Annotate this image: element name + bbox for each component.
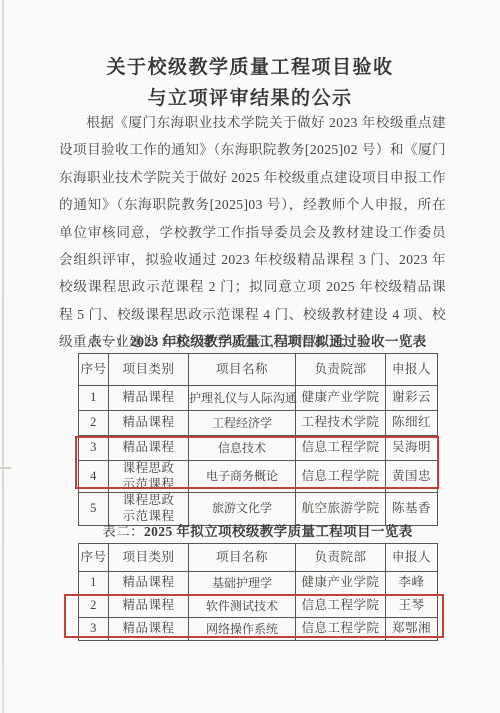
cell-category: 精品课程: [109, 572, 189, 595]
table2-caption-prefix: 表二：: [102, 524, 144, 539]
table-row-highlighted: 3 精品课程 网络操作系统 信息工程学院 郑鄂湘: [79, 618, 438, 641]
cell-applicant: 李峰: [386, 572, 438, 595]
table1-header-applicant: 申报人: [386, 354, 438, 386]
cell-category: 精品课程: [109, 618, 189, 641]
table1-caption-title: 2023 年校级教学质量工程项目拟通过验收一览表: [130, 334, 426, 349]
cell-project: 工程经济学: [189, 411, 296, 436]
table-row-highlighted: 3 精品课程 信息技术 信息工程学院 吴海明: [79, 436, 438, 461]
table1-header-seq: 序号: [79, 354, 109, 386]
table2-header-category: 项目类别: [109, 544, 189, 572]
table2-header-applicant: 申报人: [386, 544, 438, 572]
table1-header-project: 项目名称: [189, 354, 296, 386]
cell-seq: 3: [79, 618, 109, 641]
cell-applicant: 黄国忠: [386, 461, 438, 493]
cell-seq: 2: [79, 595, 109, 618]
table2-header-department: 负责院部: [296, 544, 386, 572]
cell-seq: 1: [79, 386, 109, 411]
cell-applicant: 陈细红: [386, 411, 438, 436]
cell-seq: 2: [79, 411, 109, 436]
cell-category: 课程思政示范课程: [109, 461, 189, 493]
cell-department: 信息工程学院: [296, 618, 386, 641]
cell-applicant: 吴海明: [386, 436, 438, 461]
cell-category: 精品课程: [109, 386, 189, 411]
cell-department: 工程技术学院: [296, 411, 386, 436]
table2-caption: 表二：2025 年拟立项校级教学质量工程项目一览表: [70, 520, 445, 540]
cell-category: 精品课程: [109, 411, 189, 436]
table2-approval-2025: 序号 项目类别 项目名称 负责院部 申报人 1 精品课程 基础护理学 健康产业学…: [78, 543, 438, 641]
cell-department: 信息工程学院: [296, 595, 386, 618]
cell-project: 电子商务概论: [189, 461, 296, 493]
table2-header-project: 项目名称: [189, 544, 296, 572]
cell-category: 精品课程: [109, 595, 189, 618]
cell-applicant: 郑鄂湘: [386, 618, 438, 641]
cell-project: 信息技术: [189, 436, 296, 461]
table2-caption-title: 2025 年拟立项校级教学质量工程项目一览表: [144, 524, 413, 539]
cell-department: 信息工程学院: [296, 461, 386, 493]
cell-project: 软件测试技术: [189, 595, 296, 618]
table1-header-department: 负责院部: [296, 354, 386, 386]
cell-department: 健康产业学院: [296, 572, 386, 595]
table1-header-category: 项目类别: [109, 354, 189, 386]
cell-project: 网络操作系统: [189, 618, 296, 641]
document-title: 关于校级教学质量工程项目验收 与立项评审结果的公示: [0, 52, 500, 114]
cell-department: 信息工程学院: [296, 436, 386, 461]
table-row: 1 精品课程 基础护理学 健康产业学院 李峰: [79, 572, 438, 595]
cell-seq: 4: [79, 461, 109, 493]
table1-caption: 表一：2023 年校级教学质量工程项目拟通过验收一览表: [70, 330, 445, 350]
table1-caption-prefix: 表一：: [88, 334, 130, 349]
table1-acceptance-2023: 序号 项目类别 项目名称 负责院部 申报人 1 精品课程 护理礼仪与人际沟通 健…: [78, 353, 438, 526]
table-row: 2 精品课程 工程经济学 工程技术学院 陈细红: [79, 411, 438, 436]
scan-mark-artifact: [0, 467, 11, 469]
body-paragraph: 根据《厦门东海职业技术学院关于做好 2023 年校级重点建设项目验收工作的通知》…: [59, 109, 446, 356]
cell-applicant: 王琴: [386, 595, 438, 618]
table2-header-seq: 序号: [79, 544, 109, 572]
cell-project: 护理礼仪与人际沟通: [189, 386, 296, 411]
table-row-highlighted: 2 精品课程 软件测试技术 信息工程学院 王琴: [79, 595, 438, 618]
cell-applicant: 谢彩云: [386, 386, 438, 411]
cell-department: 健康产业学院: [296, 386, 386, 411]
cell-project: 基础护理学: [189, 572, 296, 595]
table-row: 1 精品课程 护理礼仪与人际沟通 健康产业学院 谢彩云: [79, 386, 438, 411]
table-row-highlighted: 4 课程思政示范课程 电子商务概论 信息工程学院 黄国忠: [79, 461, 438, 493]
cell-seq: 1: [79, 572, 109, 595]
table2-header-row: 序号 项目类别 项目名称 负责院部 申报人: [79, 544, 438, 572]
document-page: 关于校级教学质量工程项目验收 与立项评审结果的公示 根据《厦门东海职业技术学院关…: [0, 0, 500, 713]
cell-seq: 3: [79, 436, 109, 461]
cell-category: 精品课程: [109, 436, 189, 461]
table1-header-row: 序号 项目类别 项目名称 负责院部 申报人: [79, 354, 438, 386]
title-line-1: 关于校级教学质量工程项目验收: [0, 52, 500, 83]
